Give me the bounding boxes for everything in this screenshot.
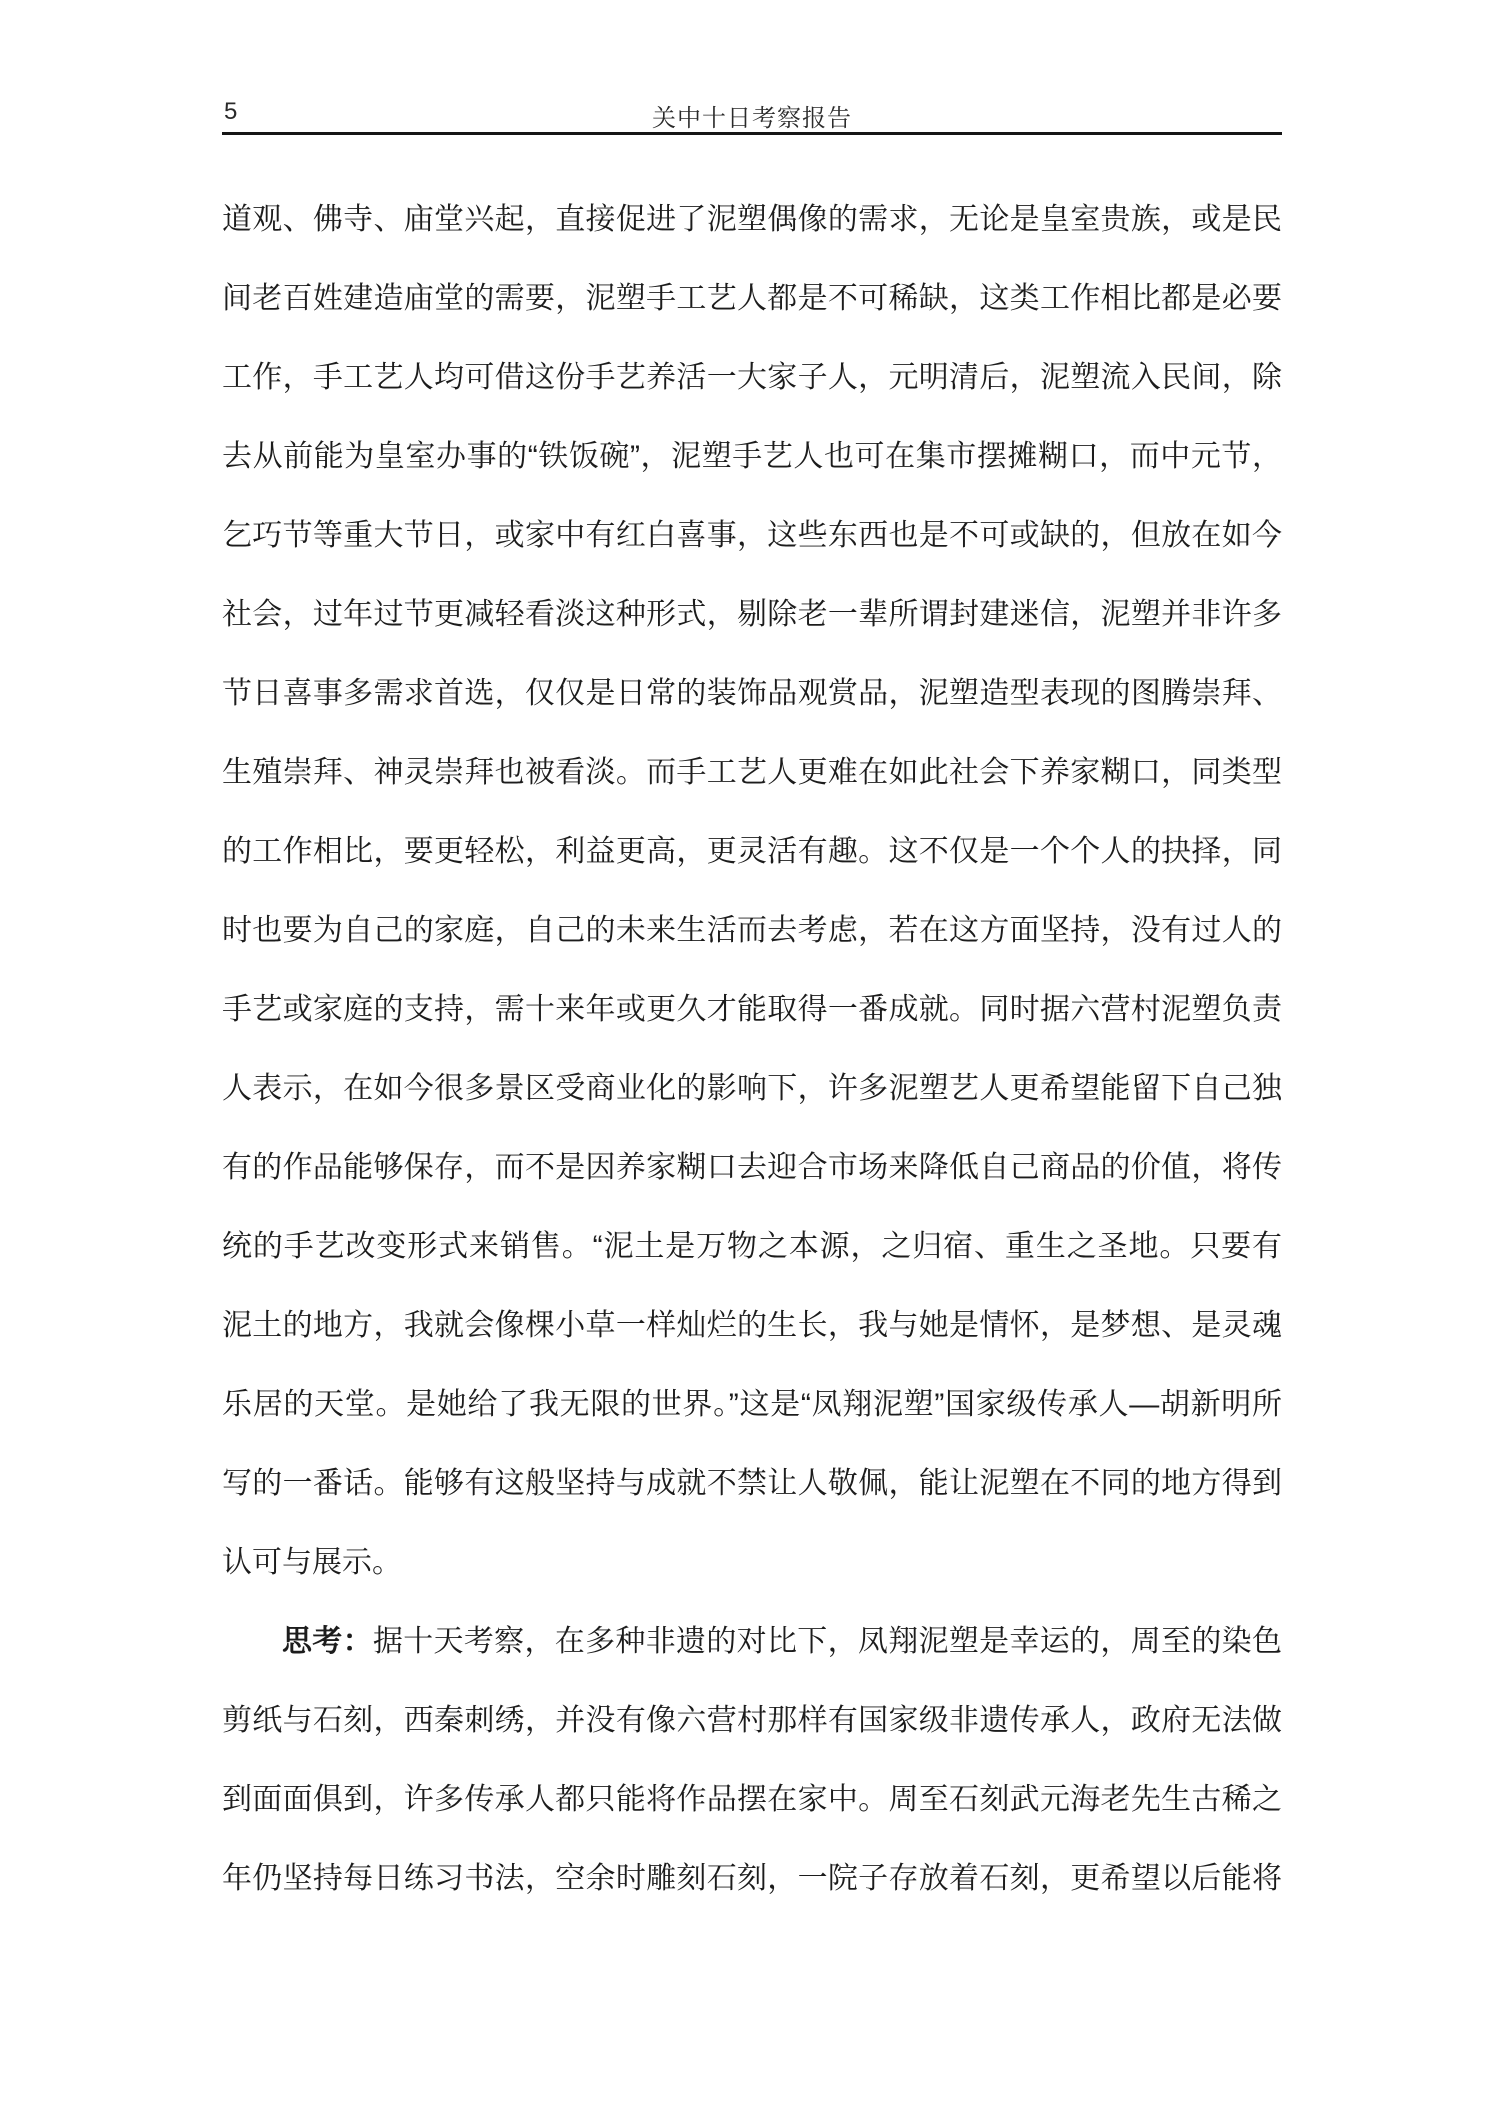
text-line: 有的作品能够保存，而不是因养家糊口去迎合市场来降低自己商品的价值，将传 xyxy=(222,1128,1282,1207)
text-line: 手艺或家庭的支持，需十来年或更久才能取得一番成就。同时据六营村泥塑负责 xyxy=(222,970,1282,1049)
text-line: 间老百姓建造庙堂的需要，泥塑手工艺人都是不可稀缺，这类工作相比都是必要 xyxy=(222,259,1282,338)
thought-label: 思考： xyxy=(282,1625,373,1658)
paragraph-2: 思考：据十天考察，在多种非遗的对比下，凤翔泥塑是幸运的，周至的染色 剪纸与石刻，… xyxy=(222,1602,1282,1918)
text-line: 节日喜事多需求首选，仅仅是日常的装饰品观赏品，泥塑造型表现的图腾崇拜、 xyxy=(222,654,1282,733)
text-line: 写的一番话。能够有这般坚持与成就不禁让人敬佩，能让泥塑在不同的地方得到 xyxy=(222,1444,1282,1523)
text-line: 去从前能为皇室办事的“铁饭碗”，泥塑手艺人也可在集市摆摊糊口，而中元节， xyxy=(222,417,1282,496)
text-line: 思考：据十天考察，在多种非遗的对比下，凤翔泥塑是幸运的，周至的染色 xyxy=(222,1602,1282,1681)
text-run: 据十天考察，在多种非遗的对比下，凤翔泥塑是幸运的，周至的染色 xyxy=(373,1625,1282,1658)
text-line: 工作，手工艺人均可借这份手艺养活一大家子人，元明清后，泥塑流入民间，除 xyxy=(222,338,1282,417)
text-line: 统的手艺改变形式来销售。“泥土是万物之本源，之归宿、重生之圣地。只要有 xyxy=(222,1207,1282,1286)
header-title: 关中十日考察报告 xyxy=(222,92,1282,133)
paragraph-1: 道观、佛寺、庙堂兴起，直接促进了泥塑偶像的需求，无论是皇室贵族，或是民 间老百姓… xyxy=(222,180,1282,1602)
text-line: 生殖崇拜、神灵崇拜也被看淡。而手工艺人更难在如此社会下养家糊口，同类型 xyxy=(222,733,1282,812)
text-line: 到面面俱到，许多传承人都只能将作品摆在家中。周至石刻武元海老先生古稀之 xyxy=(222,1760,1282,1839)
document-body: 道观、佛寺、庙堂兴起，直接促进了泥塑偶像的需求，无论是皇室贵族，或是民 间老百姓… xyxy=(222,180,1282,1918)
text-line: 乐居的天堂。是她给了我无限的世界。”这是“凤翔泥塑”国家级传承人—胡新明所 xyxy=(222,1365,1282,1444)
text-line: 社会，过年过节更减轻看淡这种形式，剔除老一辈所谓封建迷信，泥塑并非许多 xyxy=(222,575,1282,654)
text-line: 的工作相比，要更轻松，利益更高，更灵活有趣。这不仅是一个个人的抉择，同 xyxy=(222,812,1282,891)
text-line: 人表示，在如今很多景区受商业化的影响下，许多泥塑艺人更希望能留下自己独 xyxy=(222,1049,1282,1128)
text-line: 剪纸与石刻，西秦刺绣，并没有像六营村那样有国家级非遗传承人，政府无法做 xyxy=(222,1681,1282,1760)
text-line: 年仍坚持每日练习书法，空余时雕刻石刻，一院子存放着石刻，更希望以后能将 xyxy=(222,1839,1282,1918)
text-line: 时也要为自己的家庭，自己的未来生活而去考虑，若在这方面坚持，没有过人的 xyxy=(222,891,1282,970)
text-line: 乞巧节等重大节日，或家中有红白喜事，这些东西也是不可或缺的，但放在如今 xyxy=(222,496,1282,575)
text-line: 泥土的地方，我就会像棵小草一样灿烂的生长，我与她是情怀，是梦想、是灵魂 xyxy=(222,1286,1282,1365)
page-number: 5 xyxy=(224,98,237,126)
text-line: 认可与展示。 xyxy=(222,1523,1282,1602)
document-page: 5 关中十日考察报告 道观、佛寺、庙堂兴起，直接促进了泥塑偶像的需求，无论是皇室… xyxy=(0,0,1500,2122)
page-header: 5 关中十日考察报告 xyxy=(222,92,1282,135)
text-line: 道观、佛寺、庙堂兴起，直接促进了泥塑偶像的需求，无论是皇室贵族，或是民 xyxy=(222,180,1282,259)
